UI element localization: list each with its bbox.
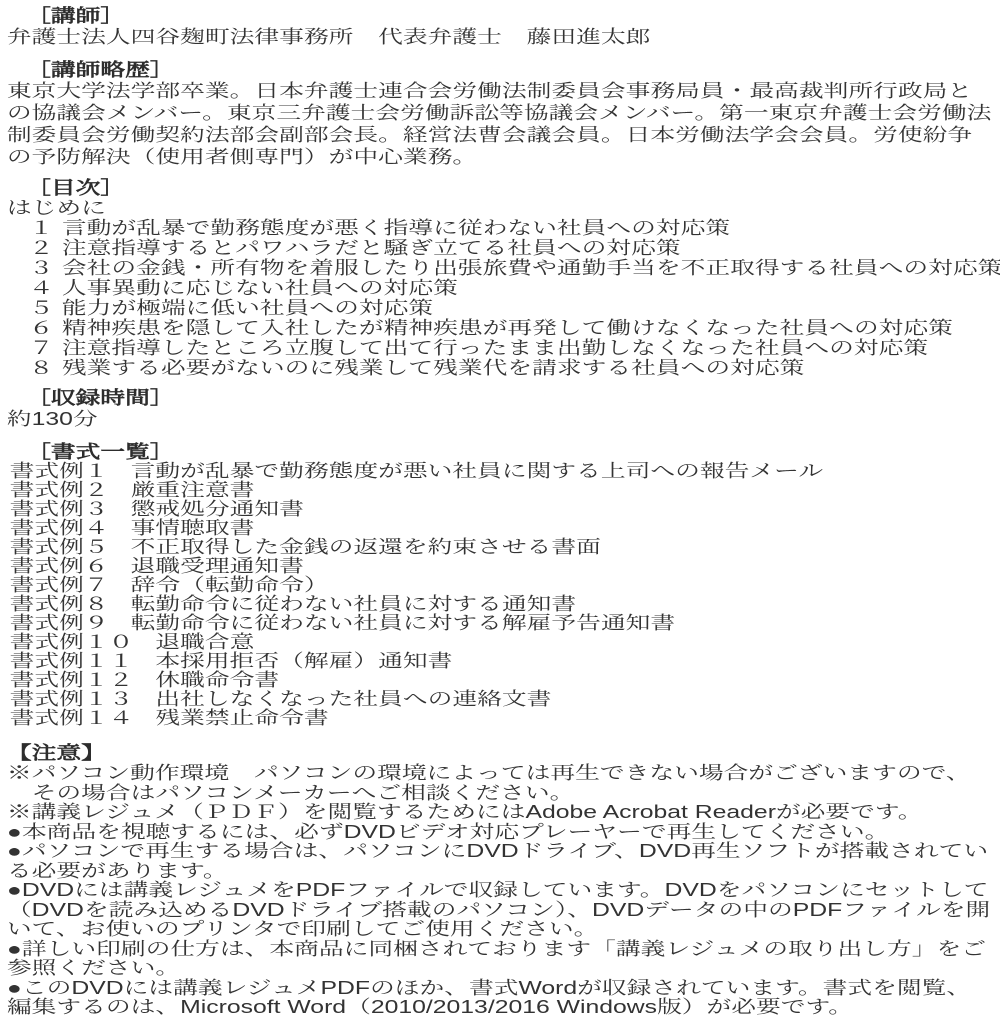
form-item-number: 書式例１４ <box>10 709 134 728</box>
form-item-number: 書式例１０ <box>10 633 134 652</box>
form-item: 書式例９転勤命令に従わない社員に対する解雇予告通知書 <box>7 614 993 633</box>
form-item: 書式例１０退職合意 <box>7 633 993 652</box>
section-lecturer: ［講師］ 弁護士法人四谷麹町法律事務所 代表弁護士 藤田進太郎 <box>7 6 993 48</box>
toc-item-number: ４ <box>29 278 62 298</box>
form-item-number: 書式例１ <box>10 462 109 481</box>
toc-item-label: 精神疾患を隠して入社したが精神疾患が再発して働けなくなった社員への対応策 <box>62 318 953 338</box>
form-item-label: 懲戒処分通知書 <box>131 500 304 519</box>
form-item-label: 残業禁止命令書 <box>155 709 328 728</box>
form-item: 書式例１２休職命令書 <box>7 671 993 690</box>
notice-item: ※パソコン動作環境 パソコンの環境によっては再生できない場合がございますので、 … <box>7 764 993 803</box>
form-item-label: 不正取得した金銭の返還を約束させる書面 <box>131 538 601 557</box>
form-item-label: 言動が乱暴で勤務態度が悪い社員に関する上司への報告メール <box>131 462 824 481</box>
form-item-label: 出社しなくなった社員への連絡文書 <box>155 690 551 709</box>
lecturer-name: 弁護士法人四谷麹町法律事務所 代表弁護士 藤田進太郎 <box>7 26 993 48</box>
form-item: 書式例４事情聴取書 <box>7 519 993 538</box>
toc-item-label: 注意指導するとパワハラだと騒ぎ立てる社員への対応策 <box>62 238 681 258</box>
toc-intro: はじめに <box>7 198 993 218</box>
form-item-number: 書式例９ <box>10 614 109 633</box>
notice-heading: 【注意】 <box>7 742 993 764</box>
form-item-number: 書式例７ <box>10 576 109 595</box>
form-item-number: 書式例１１ <box>10 652 134 671</box>
form-item-label: 退職合意 <box>155 633 254 652</box>
form-item-number: 書式例８ <box>10 595 109 614</box>
form-item-number: 書式例３ <box>10 500 109 519</box>
toc-item-label: 人事異動に応じない社員への対応策 <box>62 278 458 298</box>
form-item: 書式例５不正取得した金銭の返還を約束させる書面 <box>7 538 993 557</box>
lecturer-heading: ［講師］ <box>26 6 993 26</box>
form-item-label: 事情聴取書 <box>131 519 255 538</box>
bio-heading: ［講師略歴］ <box>26 60 993 80</box>
form-item-number: 書式例１２ <box>10 671 134 690</box>
toc-item: １言動が乱暴で勤務態度が悪く指導に従わない社員への対応策 <box>7 218 993 238</box>
notice-item: ●DVDには講義レジュメをPDFファイルで収録しています。DVDをパソコンにセッ… <box>7 881 993 940</box>
form-item-number: 書式例４ <box>10 519 109 538</box>
toc-item: ３会社の金銭・所有物を着服したり出張旅費や通勤手当を不正取得する社員への対応策 <box>7 258 993 278</box>
forms-heading: ［書式一覧］ <box>26 442 993 462</box>
form-item-label: 本採用拒否（解雇）通知書 <box>155 652 452 671</box>
toc-item: ８残業する必要がないのに残業して残業代を請求する社員への対応策 <box>7 358 993 378</box>
form-item: 書式例６退職受理通知書 <box>7 557 993 576</box>
form-item: 書式例１３出社しなくなった社員への連絡文書 <box>7 690 993 709</box>
section-table-of-contents: ［目次］ はじめに １言動が乱暴で勤務態度が悪く指導に従わない社員への対応策 ２… <box>7 178 993 378</box>
form-item-number: 書式例２ <box>10 481 109 500</box>
form-item: 書式例７辞令（転勤命令） <box>7 576 993 595</box>
toc-heading: ［目次］ <box>26 178 993 198</box>
form-item: 書式例８転勤命令に従わない社員に対する通知書 <box>7 595 993 614</box>
toc-item-label: 言動が乱暴で勤務態度が悪く指導に従わない社員への対応策 <box>62 218 730 238</box>
toc-item-number: １ <box>29 218 62 238</box>
bio-text: 東京大学法学部卒業。日本弁護士連合会労働法制委員会事務局員・最高裁判所行政局との… <box>7 80 993 168</box>
toc-item-number: ２ <box>29 238 62 258</box>
form-item-number: 書式例６ <box>10 557 109 576</box>
notice-item: ●パソコンで再生する場合は、パソコンにDVDドライブ、DVD再生ソフトが搭載され… <box>7 842 993 881</box>
form-item-label: 厳重注意書 <box>131 481 255 500</box>
form-item: 書式例３懲戒処分通知書 <box>7 500 993 519</box>
notice-item: ※講義レジュメ（ＰＤＦ）を閲覧するためにはAdobe Acrobat Reade… <box>7 803 993 823</box>
form-item: 書式例１言動が乱暴で勤務態度が悪い社員に関する上司への報告メール <box>7 462 993 481</box>
form-item-label: 退職受理通知書 <box>131 557 304 576</box>
toc-item-label: 注意指導したところ立腹して出て行ったまま出勤しなくなった社員への対応策 <box>62 338 928 358</box>
toc-item: ７注意指導したところ立腹して出て行ったまま出勤しなくなった社員への対応策 <box>7 338 993 358</box>
section-recording-duration: ［収録時間］ 約130分 <box>7 388 993 430</box>
toc-item: ４人事異動に応じない社員への対応策 <box>7 278 993 298</box>
form-item-label: 転勤命令に従わない社員に対する解雇予告通知書 <box>131 614 676 633</box>
duration-value: 約130分 <box>7 408 993 430</box>
duration-heading: ［収録時間］ <box>26 388 993 408</box>
form-item: 書式例２厳重注意書 <box>7 481 993 500</box>
form-item-label: 辞令（転勤命令） <box>131 576 329 595</box>
toc-item-number: ６ <box>29 318 62 338</box>
form-item: 書式例１４残業禁止命令書 <box>7 709 993 728</box>
toc-item: ５能力が極端に低い社員への対応策 <box>7 298 993 318</box>
form-item-number: 書式例５ <box>10 538 109 557</box>
section-form-list: ［書式一覧］ 書式例１言動が乱暴で勤務態度が悪い社員に関する上司への報告メール … <box>7 442 993 728</box>
toc-item-number: ５ <box>29 298 62 318</box>
toc-item-label: 会社の金銭・所有物を着服したり出張旅費や通勤手当を不正取得する社員への対応策 <box>62 258 1000 278</box>
form-item: 書式例１１本採用拒否（解雇）通知書 <box>7 652 993 671</box>
section-lecturer-bio: ［講師略歴］ 東京大学法学部卒業。日本弁護士連合会労働法制委員会事務局員・最高裁… <box>7 60 993 168</box>
form-item-label: 休職命令書 <box>155 671 279 690</box>
toc-item-label: 残業する必要がないのに残業して残業代を請求する社員への対応策 <box>62 358 805 378</box>
toc-item: ２注意指導するとパワハラだと騒ぎ立てる社員への対応策 <box>7 238 993 258</box>
toc-item-number: ７ <box>29 338 62 358</box>
section-notice: 【注意】 ※パソコン動作環境 パソコンの環境によっては再生できない場合がございま… <box>7 742 993 1018</box>
form-item-label: 転勤命令に従わない社員に対する通知書 <box>131 595 577 614</box>
notice-item: ●本商品を視聴するには、必ずDVDビデオ対応プレーヤーで再生してください。 <box>7 823 993 843</box>
toc-item-number: ３ <box>29 258 62 278</box>
toc-item-number: ８ <box>29 358 62 378</box>
notice-item: ●詳しい印刷の仕方は、本商品に同梱されております「講義レジュメの取り出し方」をご… <box>7 940 993 979</box>
notice-item: ●このDVDには講義レジュメPDFのほか、書式Wordが収録されています。書式を… <box>7 979 993 1018</box>
product-description-document: ［講師］ 弁護士法人四谷麹町法律事務所 代表弁護士 藤田進太郎 ［講師略歴］ 東… <box>0 0 993 1018</box>
toc-item: ６精神疾患を隠して入社したが精神疾患が再発して働けなくなった社員への対応策 <box>7 318 993 338</box>
toc-item-label: 能力が極端に低い社員への対応策 <box>62 298 433 318</box>
form-item-number: 書式例１３ <box>10 690 134 709</box>
